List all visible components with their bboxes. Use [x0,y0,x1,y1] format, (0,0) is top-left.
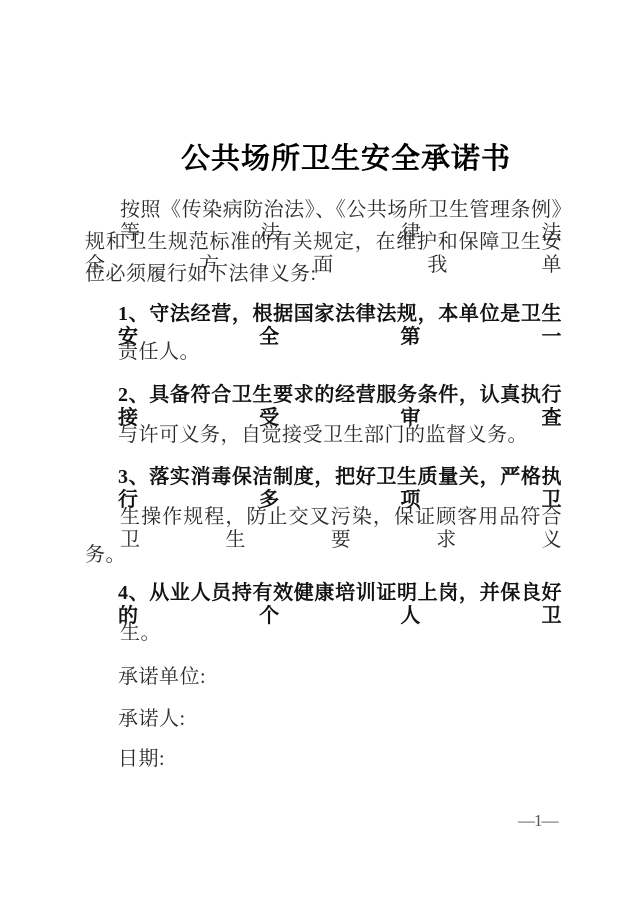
signature-person-label: 承诺人: [118,708,186,731]
item-1-continuation-line: 责任人。 [118,341,200,364]
item-3-continuation-line-1: 生操作规程，防止交叉污染，保证顾客用品符合卫生要求义 [120,506,562,552]
item-3-continuation-line-2: 务。 [85,544,126,567]
intro-line-3: 位必须履行如下法律义务: [85,263,317,286]
item-2-continuation-line: 与许可义务，自觉接受卫生部门的监督义务。 [118,424,528,447]
document-title: 公共场所卫生安全承诺书 [0,136,640,177]
item-4-lead-line: 4、从业人员持有效健康培训证明上岗，并保良好的个人卫 [118,582,562,628]
signature-date-label: 日期: [118,748,165,771]
item-4-continuation-line: 生。 [120,622,161,645]
page-number: —1— [518,811,558,831]
scanned-document-page: 公共场所卫生安全承诺书 按照《传染病防治法》、《公共场所卫生管理条例》等法律法 … [0,0,640,905]
signature-unit-label: 承诺单位: [118,666,206,689]
